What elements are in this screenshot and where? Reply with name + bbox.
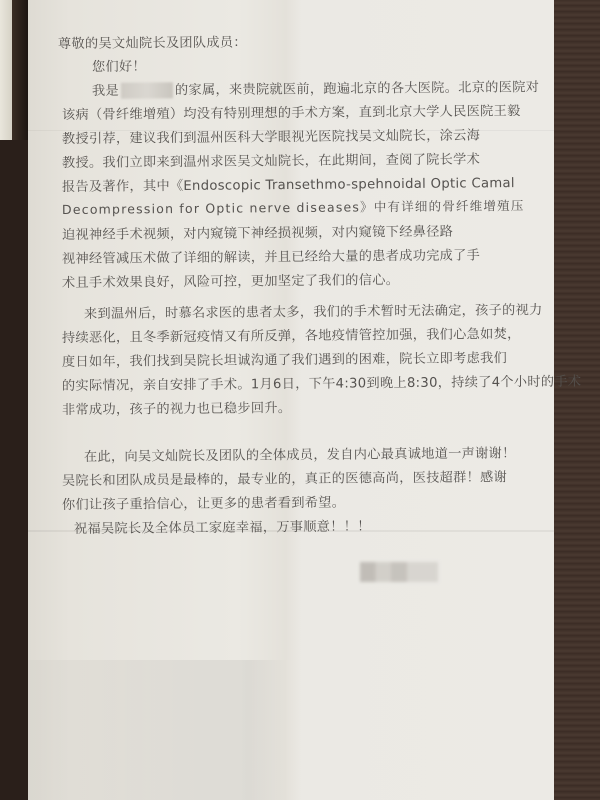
letter-line: 术且手术效果良好，风险可控，更加坚定了我们的信心。 <box>62 269 399 291</box>
redacted-signature <box>360 562 438 582</box>
letter-line: 你们让孩子重拾信心，让更多的患者看到希望。 <box>62 492 345 513</box>
photo-scene: 尊敬的吴文灿院长及团队成员： 您们好！ 我是的家属，来贵院就医前，跑遍北京的各大… <box>0 0 600 800</box>
redacted-name <box>121 82 173 98</box>
paper-shadow <box>12 0 28 140</box>
letter-line: 非常成功，孩子的视力也已稳步回升。 <box>62 397 291 418</box>
letter-line: 迫视神经手术视频，对内窥镜下神经损视频，对内窥镜下经鼻径路 <box>62 221 453 243</box>
letter-line: 度日如年，我们找到吴院长坦诚沟通了我们遇到的困难，院长立即考虑我们 <box>62 347 507 370</box>
closing-line: 祝福吴院长及全体员工家庭幸福，万事顺意！！！ <box>74 515 371 537</box>
letter-line: 来到温州后，时慕名求医的患者太多，我们的手术暂时无法确定，孩子的视力 <box>84 299 543 322</box>
letter-line: 持续恶化，且冬季新冠疫情又有所反弹，各地疫情管控加强，我们心急如焚， <box>62 323 521 346</box>
salutation: 尊敬的吴文灿院长及团队成员： <box>58 31 247 52</box>
greeting: 您们好！ <box>92 56 146 75</box>
fold-shadow <box>28 660 288 800</box>
letter-line: 教授。我们立即来到温州求医吴文灿院长，在此期间，查阅了院长学术 <box>62 148 480 171</box>
letter-line: 我是的家属，来贵院就医前，跑遍北京的各大医院。北京的医院对 <box>92 76 539 99</box>
letter-line: 在此，向吴文灿院长及团队的全体成员，发自内心最真诚地道一声谢谢！ <box>84 442 516 465</box>
letter-line: 吴院长和团队成员是最棒的，最专业的，真正的医德高尚，医技超群！感谢 <box>62 466 507 489</box>
wooden-surface <box>552 0 600 800</box>
letter-line: 视神经管减压术做了详细的解读，并且已经给大量的患者成功完成了手 <box>62 244 480 267</box>
background-paper-edge <box>0 0 12 140</box>
letter-line: 教授引荐，建议我们到温州医科大学眼视光医院找吴文灿院长，涂云海 <box>62 124 480 147</box>
letter-line: 报告及著作，其中《Endoscopic Transethmo-spehnoida… <box>62 172 515 195</box>
letter-line: 该病（骨纤维增殖）均没有特别理想的手术方案，直到北京大学人民医院王毅 <box>62 100 521 123</box>
